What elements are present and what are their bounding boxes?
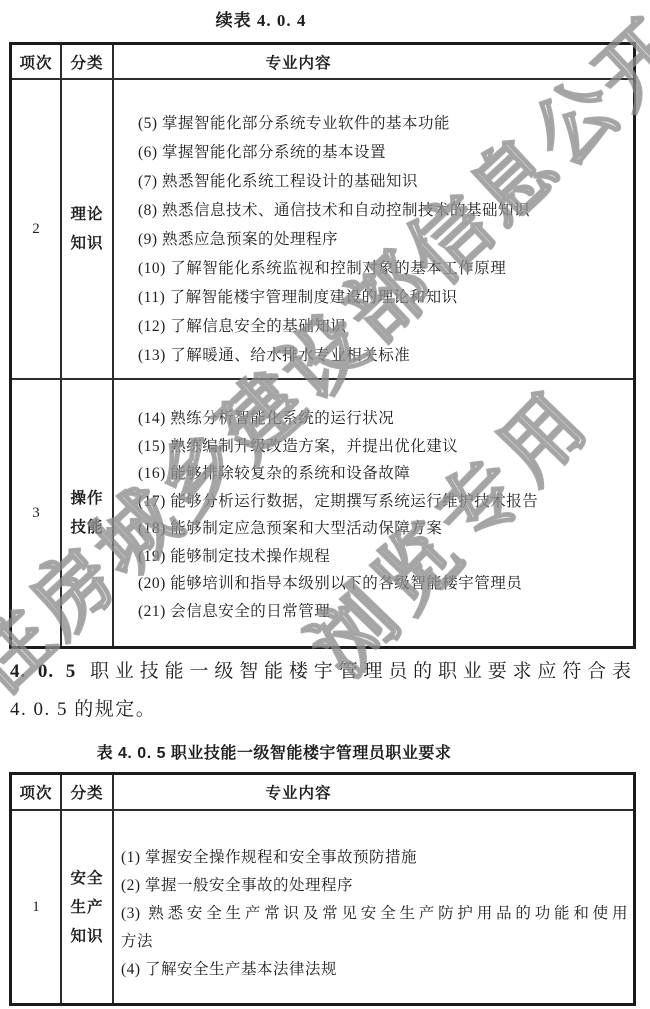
table1-header-content-label: 专业内容 (265, 51, 481, 73)
item-line: (18) 能够制定应急预案和大型活动保障方案 (138, 515, 625, 543)
item-line: (10) 了解智能化系统监视和控制对象的基本工作原理 (138, 254, 625, 283)
item-line: (8) 熟悉信息技术、通信技术和自动控制技术的基础知识 (138, 196, 625, 225)
document-page: 续表 4. 0. 4 项次 分类 专业内容 2 理论知识 (5) 掌握智能化部分… (0, 0, 650, 1009)
continued-table-title: 续表 4. 0. 4 (9, 9, 513, 33)
table1-header-content: 专业内容 (114, 45, 633, 80)
table1-row3-items: (14) 熟练分析智能化系统的运行状况(15) 熟练编制升级改造方案，并提出优化… (114, 380, 633, 646)
item-line: (11) 了解智能楼宇管理制度建设的理论和知识 (138, 283, 625, 312)
item-line: (13) 了解暖通、给水排水专业相关标准 (138, 341, 625, 370)
category-line: 理论 (70, 200, 103, 229)
item-line: (1) 掌握安全操作规程和安全事故预防措施 (121, 844, 628, 872)
clause-line2: 4. 0. 5 的规定。 (10, 695, 631, 725)
table1-header-category: 分类 (62, 45, 114, 80)
table1-row2-category: 理论知识 (62, 80, 114, 380)
category-line: 技能 (70, 513, 103, 542)
table2-header-item-no: 项次 (12, 775, 62, 811)
table-4-0-5: 项次 分类 专业内容 1 安全生产知识 (1) 掌握安全操作规程和安全事故预防措… (9, 772, 636, 1006)
clause-line1: 4. 0. 5职业技能一级智能楼宇管理员的职业要求应符合表 (10, 655, 631, 688)
item-line: (4) 了解安全生产基本法律法规 (121, 956, 628, 984)
table1-row3-index: 3 (12, 380, 62, 646)
table2-header-category: 分类 (62, 775, 114, 811)
item-line: (14) 熟练分析智能化系统的运行状况 (138, 405, 625, 433)
clause-4-0-5-paragraph: 4. 0. 5职业技能一级智能楼宇管理员的职业要求应符合表 4. 0. 5 的规… (10, 655, 631, 725)
item-line: (16) 能够排除较复杂的系统和设备故障 (138, 460, 625, 488)
table2-row1-items: (1) 掌握安全操作规程和安全事故预防措施(2) 掌握一般安全事故的处理程序(3… (114, 811, 633, 1003)
table1-header-item-no: 项次 (12, 45, 62, 80)
category-line: 知识 (70, 229, 103, 258)
table1-row2-items: (5) 掌握智能化部分系统专业软件的基本功能(6) 掌握智能化部分系统的基本设置… (114, 80, 633, 380)
table2-row1-category: 安全生产知识 (62, 811, 114, 1003)
table2-header-content: 专业内容 (114, 775, 633, 811)
clause-text: 职业技能一级智能楼宇管理员的职业要求应符合表 (84, 661, 631, 682)
item-line: (9) 熟悉应急预案的处理程序 (138, 225, 625, 254)
category-line: 知识 (70, 922, 103, 951)
item-line: (19) 能够制定技术操作规程 (138, 543, 625, 571)
table1-row3-category: 操作技能 (62, 380, 114, 646)
item-line: (2) 掌握一般安全事故的处理程序 (121, 872, 628, 900)
category-line: 生产 (70, 893, 103, 922)
table-4-0-4-continued: 项次 分类 专业内容 2 理论知识 (5) 掌握智能化部分系统专业软件的基本功能… (9, 42, 636, 649)
clause-number: 4. 0. 5 (10, 661, 76, 682)
category-line: 安全 (70, 864, 103, 893)
item-line: (20) 能够培训和指导本级别以下的各级智能楼宇管理员 (138, 570, 625, 598)
item-line: (15) 熟练编制升级改造方案，并提出优化建议 (138, 433, 625, 461)
table1-row2-index: 2 (12, 80, 62, 380)
item-line: 方法 (121, 928, 628, 956)
table2-row1-index: 1 (12, 811, 62, 1003)
table-4-0-5-caption: 表 4. 0. 5 职业技能一级智能楼宇管理员职业要求 (9, 740, 539, 763)
item-line: (17) 能够分析运行数据，定期撰写系统运行维护技术报告 (138, 488, 625, 516)
item-line: (5) 掌握智能化部分系统专业软件的基本功能 (138, 109, 625, 138)
item-line: (6) 掌握智能化部分系统的基本设置 (138, 138, 625, 167)
item-line: (3) 熟悉安全生产常识及常见安全生产防护用品的功能和使用 (121, 900, 628, 928)
category-line: 操作 (70, 484, 103, 513)
table2-header-content-label: 专业内容 (265, 781, 481, 803)
item-line: (21) 会信息安全的日常管理 (138, 598, 625, 626)
item-line: (7) 熟悉智能化系统工程设计的基础知识 (138, 167, 625, 196)
item-line: (12) 了解信息安全的基础知识 (138, 312, 625, 341)
